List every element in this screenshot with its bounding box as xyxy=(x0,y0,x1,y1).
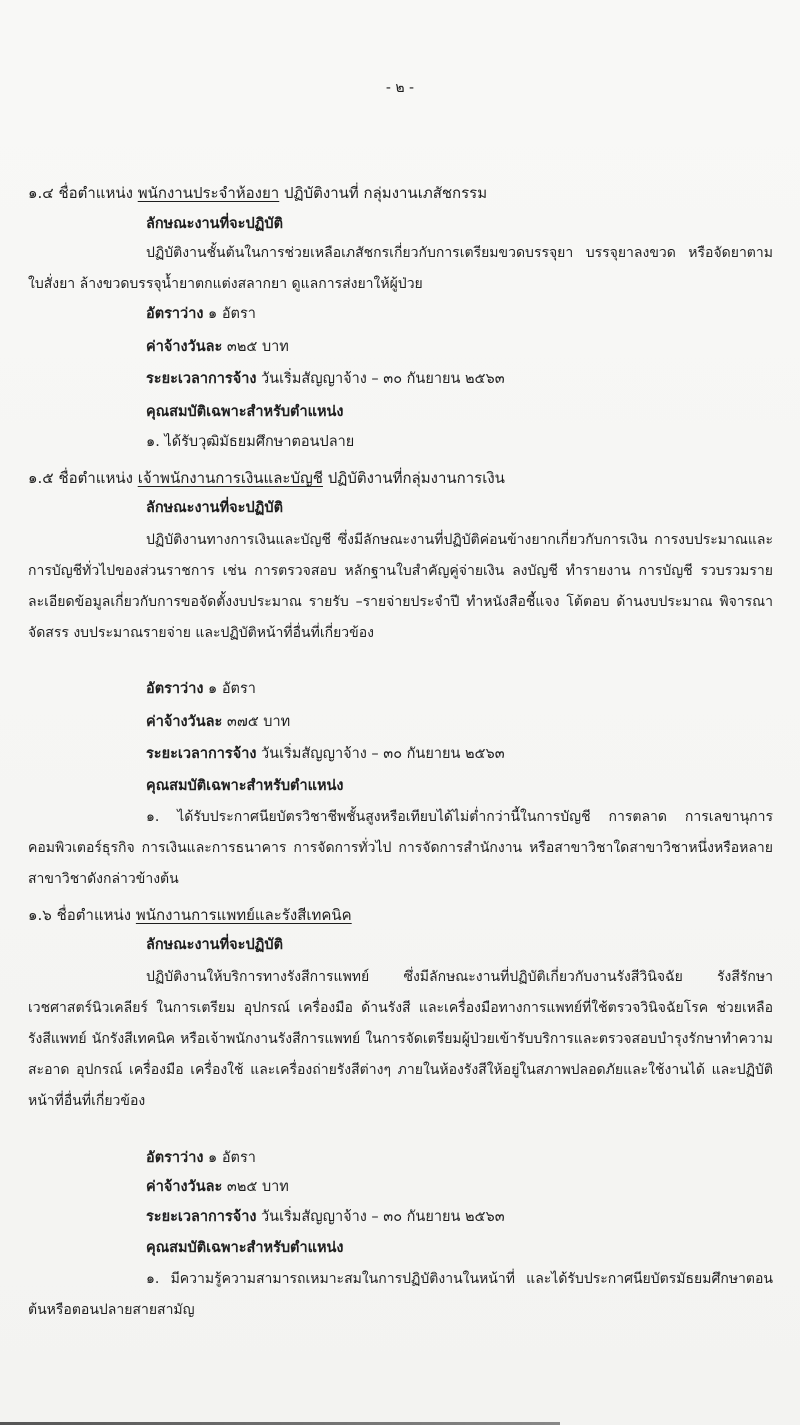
section-heading-1-6: ๑.๖ ชื่อตำแหน่ง พนักงานการแพทย์และรังสีเ… xyxy=(28,904,352,926)
position-title: เจ้าพนักงานการเงินและบัญชี xyxy=(138,469,323,487)
qualification-heading: คุณสมบัติเฉพาะสำหรับตำแหน่ง xyxy=(146,775,344,797)
wage: ค่าจ้างวันละ ๓๒๕ บาท xyxy=(146,336,289,358)
duty-heading: ลักษณะงานที่จะปฏิบัติ xyxy=(146,213,283,235)
duty-text: ปฏิบัติงานทางการเงินและบัญชี ซึ่งมีลักษณ… xyxy=(28,525,773,649)
employment-period: ระยะเวลาการจ้าง วันเริ่มสัญญาจ้าง – ๓๐ ก… xyxy=(146,368,505,390)
qualification-text: ๑. ได้รับประกาศนียบัตรวิชาชีพชั้นสูงหรือ… xyxy=(28,802,773,895)
duty-heading: ลักษณะงานที่จะปฏิบัติ xyxy=(146,934,283,956)
page-number: - ๒ - xyxy=(0,77,800,99)
vacancy: อัตราว่าง ๑ อัตรา xyxy=(146,1147,256,1169)
duty-text: ปฏิบัติงานให้บริการทางรังสีการแพทย์ ซึ่ง… xyxy=(28,962,773,1117)
vacancy: อัตราว่าง ๑ อัตรา xyxy=(146,303,256,325)
wage: ค่าจ้างวันละ ๓๒๕ บาท xyxy=(146,1176,289,1198)
section-heading-1-4: ๑.๔ ชื่อตำแหน่ง พนักงานประจำห้องยา ปฏิบั… xyxy=(28,182,487,204)
qualification-text: ๑. ได้รับวุฒิมัธยมศึกษาตอนปลาย xyxy=(146,431,354,453)
wage: ค่าจ้างวันละ ๓๗๕ บาท xyxy=(146,711,290,733)
section-heading-1-5: ๑.๕ ชื่อตำแหน่ง เจ้าพนักงานการเงินและบัญ… xyxy=(28,467,505,489)
qualification-heading: คุณสมบัติเฉพาะสำหรับตำแหน่ง xyxy=(146,1237,344,1259)
duty-text: ปฏิบัติงานชั้นต้นในการช่วยเหลือเภสัชกรเก… xyxy=(28,238,773,300)
document-page: - ๒ - ๑.๔ ชื่อตำแหน่ง พนักงานประจำห้องยา… xyxy=(0,0,800,1425)
employment-period: ระยะเวลาการจ้าง วันเริ่มสัญญาจ้าง – ๓๐ ก… xyxy=(146,1206,505,1228)
position-title: พนักงานการแพทย์และรังสีเทคนิค xyxy=(136,906,352,924)
qualification-text: ๑. มีความรู้ความสามารถเหมาะสมในการปฏิบัต… xyxy=(28,1264,773,1326)
duty-heading: ลักษณะงานที่จะปฏิบัติ xyxy=(146,497,283,519)
qualification-heading: คุณสมบัติเฉพาะสำหรับตำแหน่ง xyxy=(146,401,344,423)
position-title: พนักงานประจำห้องยา xyxy=(138,184,280,202)
vacancy: อัตราว่าง ๑ อัตรา xyxy=(146,678,256,700)
employment-period: ระยะเวลาการจ้าง วันเริ่มสัญญาจ้าง – ๓๐ ก… xyxy=(146,743,505,765)
